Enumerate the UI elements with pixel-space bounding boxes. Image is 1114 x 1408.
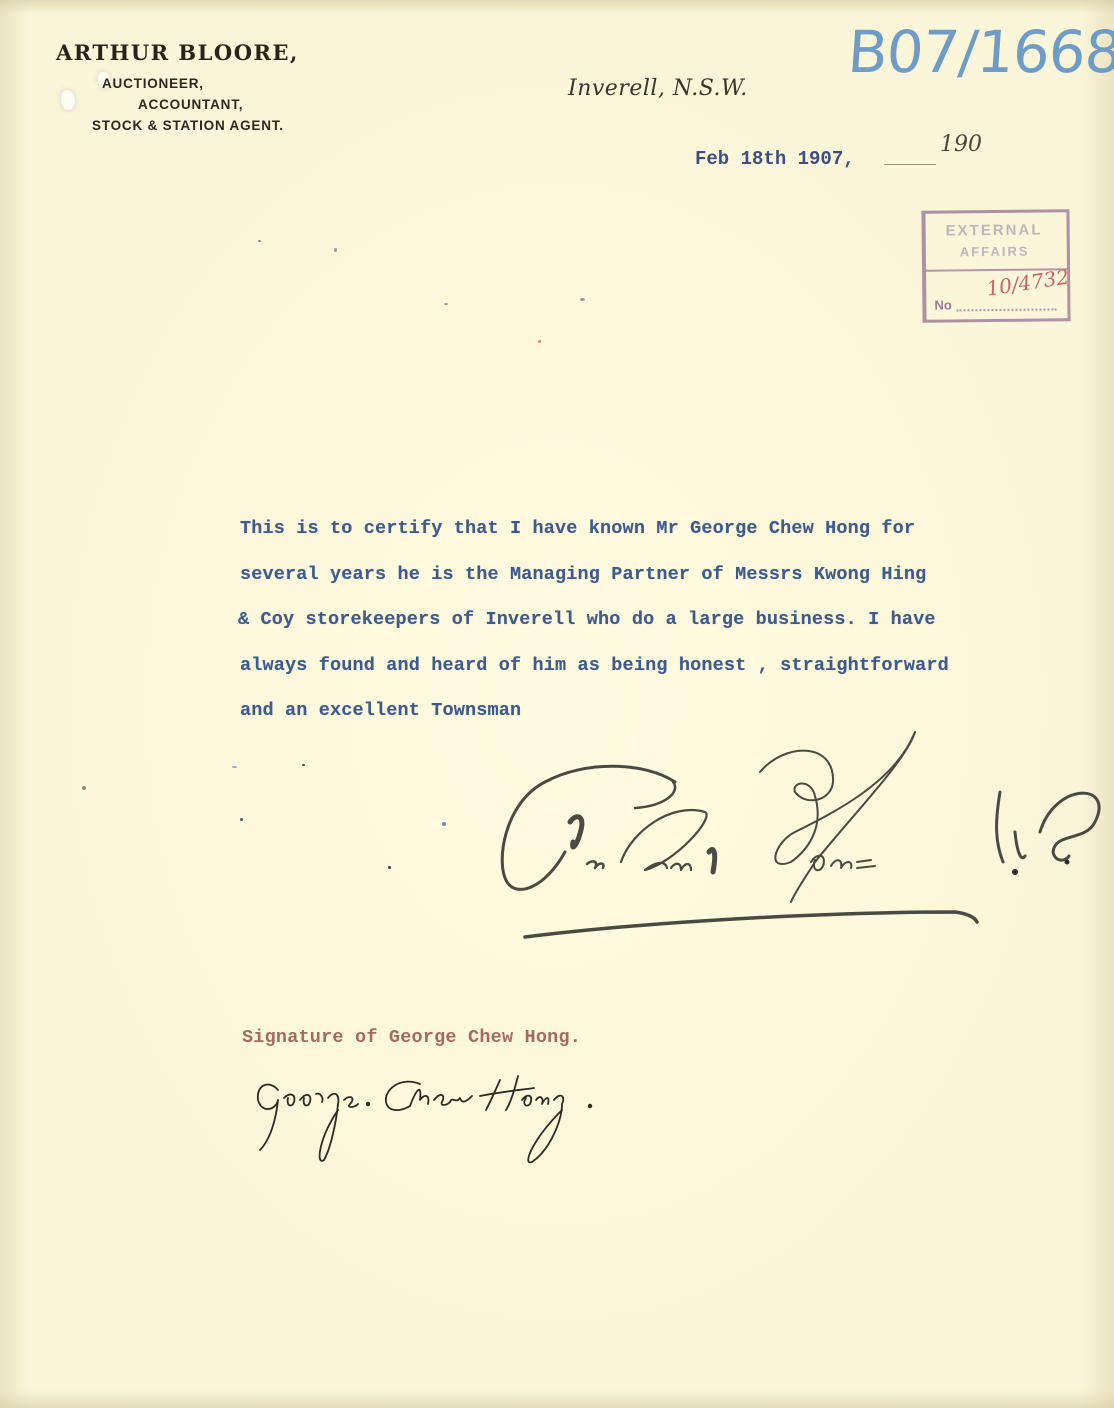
paper-speck xyxy=(232,766,237,768)
paper-speck xyxy=(444,303,448,305)
letterhead-name: ARTHUR BLOORE, xyxy=(56,40,299,65)
letterhead-place: Inverell, N.S.W. xyxy=(568,76,748,101)
paper-speck xyxy=(258,240,261,242)
paper-speck xyxy=(334,248,337,252)
letterhead-occupation-agent: STOCK & STATION AGENT. xyxy=(92,118,284,133)
jp-signature xyxy=(495,722,1114,952)
letterhead-occupation-auctioneer: AUCTIONEER, xyxy=(102,76,204,91)
letter-date: Feb 18th 1907, xyxy=(695,148,855,170)
stamp-line-affairs: AFFAIRS xyxy=(960,244,1030,260)
certificate-body: This is to certify that I have known Mr … xyxy=(240,506,1100,734)
printed-year-prefix: 190 xyxy=(940,132,982,157)
paper-speck xyxy=(82,786,86,790)
letterhead-occupation-accountant: ACCOUNTANT, xyxy=(138,97,243,112)
archive-file-number: B07/1668 xyxy=(846,18,1114,86)
document-page: ARTHUR BLOORE, AUCTIONEER, ACCOUNTANT, S… xyxy=(0,0,1114,1408)
jp-signature-icon xyxy=(495,722,1114,952)
paper-tear xyxy=(61,90,75,110)
paper-speck xyxy=(580,298,585,301)
body-line: several years he is the Managing Partner… xyxy=(240,552,1100,598)
holder-signature xyxy=(250,1070,630,1170)
body-line: This is to certify that I have known Mr … xyxy=(240,506,1100,552)
paper-speck xyxy=(442,822,446,826)
paper-speck xyxy=(302,764,305,766)
stamp-line-external: EXTERNAL xyxy=(946,222,1043,240)
paper-speck xyxy=(388,866,391,869)
body-line: always found and heard of him as being h… xyxy=(240,643,1100,689)
date-rule xyxy=(884,164,936,165)
paper-speck xyxy=(538,340,541,343)
stamp-dotted-line xyxy=(956,308,1056,311)
holder-signature-icon xyxy=(250,1070,630,1170)
holder-signature-label: Signature of George Chew Hong. xyxy=(242,1027,581,1048)
external-affairs-stamp: EXTERNAL AFFAIRS No 10/4732 xyxy=(921,209,1070,323)
stamp-no-label: No xyxy=(934,297,951,312)
paper-speck xyxy=(240,818,243,821)
body-line: & Coy storekeepers of Inverell who do a … xyxy=(238,597,1100,643)
